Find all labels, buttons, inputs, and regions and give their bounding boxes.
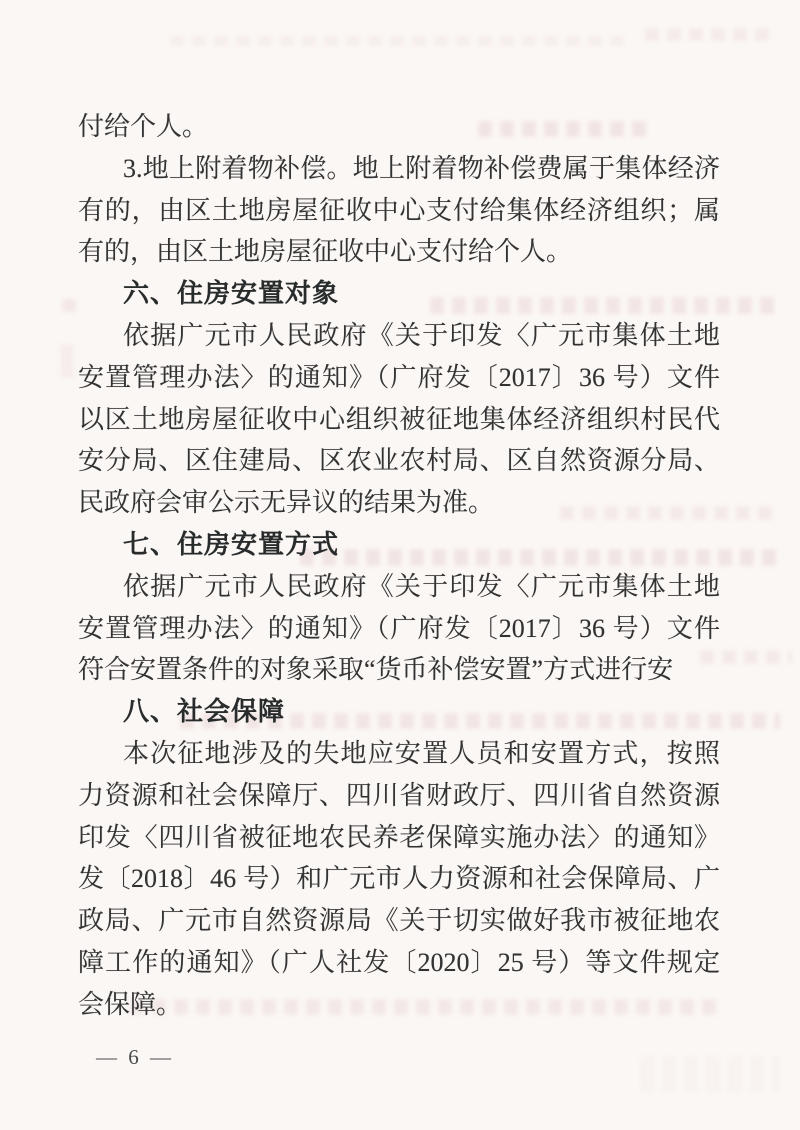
paragraph: 依据广元市人民政府《关于印发〈广元市集体土地征收补偿 安置管理办法〉的通知》（广…	[78, 566, 720, 691]
paragraph: 依据广元市人民政府《关于印发〈广元市集体土地征收补偿 安置管理办法〉的通知》（广…	[78, 315, 720, 524]
body-line: 有的，由区土地房屋征收中心支付给个人。	[78, 231, 720, 273]
bleedthrough-mark	[645, 28, 775, 41]
document-body: 付给个人。 3.地上附着物补偿。地上附着物补偿费属于集体经济组织所 有的，由区土…	[78, 106, 720, 1026]
body-line: 安分局、区住建局、区农业农村局、区自然资源分局、元坝镇人	[78, 440, 720, 482]
body-line: 3.地上附着物补偿。地上附着物补偿费属于集体经济组织所	[78, 148, 720, 190]
body-line: 政局、广元市自然资源局《关于切实做好我市被征地农民养老保	[78, 900, 720, 942]
body-line: 依据广元市人民政府《关于印发〈广元市集体土地征收补偿	[78, 566, 720, 608]
bleedthrough-mark	[60, 344, 74, 378]
body-line: 安置管理办法〉的通知》（广府发〔2017〕36 号）文件规定，	[78, 357, 720, 399]
body-line: 有的，由区土地房屋征收中心支付给集体经济组织；属于个人所	[78, 190, 720, 232]
body-line: 以区土地房屋征收中心组织被征地集体经济组织村民代表、区公	[78, 399, 720, 441]
body-line: 本次征地涉及的失地应安置人员和安置方式，按照四川省人	[78, 733, 720, 775]
body-line: 符合安置条件的对象采取“货币补偿安置”方式进行安置。	[78, 649, 720, 691]
section-heading-housing-resettlement-targets: 六、住房安置对象	[78, 273, 720, 315]
body-line: 力资源和社会保障厅、四川省财政厅、四川省自然资源厅《关于	[78, 775, 720, 817]
scanned-document-page: 付给个人。 3.地上附着物补偿。地上附着物补偿费属于集体经济组织所 有的，由区土…	[0, 0, 800, 1130]
paragraph: 3.地上附着物补偿。地上附着物补偿费属于集体经济组织所 有的，由区土地房屋征收中…	[78, 148, 720, 273]
section-heading-housing-resettlement-method: 七、住房安置方式	[78, 524, 720, 566]
body-line: 依据广元市人民政府《关于印发〈广元市集体土地征收补偿	[78, 315, 720, 357]
body-line: 安置管理办法〉的通知》（广府发〔2017〕36 号）文件规定，	[78, 608, 720, 650]
body-line: 民政府会审公示无异议的结果为准。	[78, 482, 720, 524]
body-line: 会保障。	[78, 984, 720, 1026]
page-footer: — 6 —	[96, 1042, 174, 1072]
bleedthrough-mark	[170, 36, 630, 46]
paragraph: 付给个人。	[78, 106, 720, 148]
body-line: 障工作的通知》（广人社发〔2020〕25 号）等文件规定予以社	[78, 942, 720, 984]
body-line: 发〔2018〕46 号）和广元市人力资源和社会保障局、广元市财	[78, 858, 720, 900]
body-line: 付给个人。	[78, 106, 720, 148]
body-line: 印发〈四川省被征地农民养老保障实施办法〉的通知》（川人社	[78, 817, 720, 859]
page-number: — 6 —	[96, 1045, 174, 1069]
paragraph: 本次征地涉及的失地应安置人员和安置方式，按照四川省人 力资源和社会保障厅、四川省…	[78, 733, 720, 1026]
bleedthrough-mark	[640, 1056, 780, 1092]
section-heading-social-security: 八、社会保障	[78, 691, 720, 733]
